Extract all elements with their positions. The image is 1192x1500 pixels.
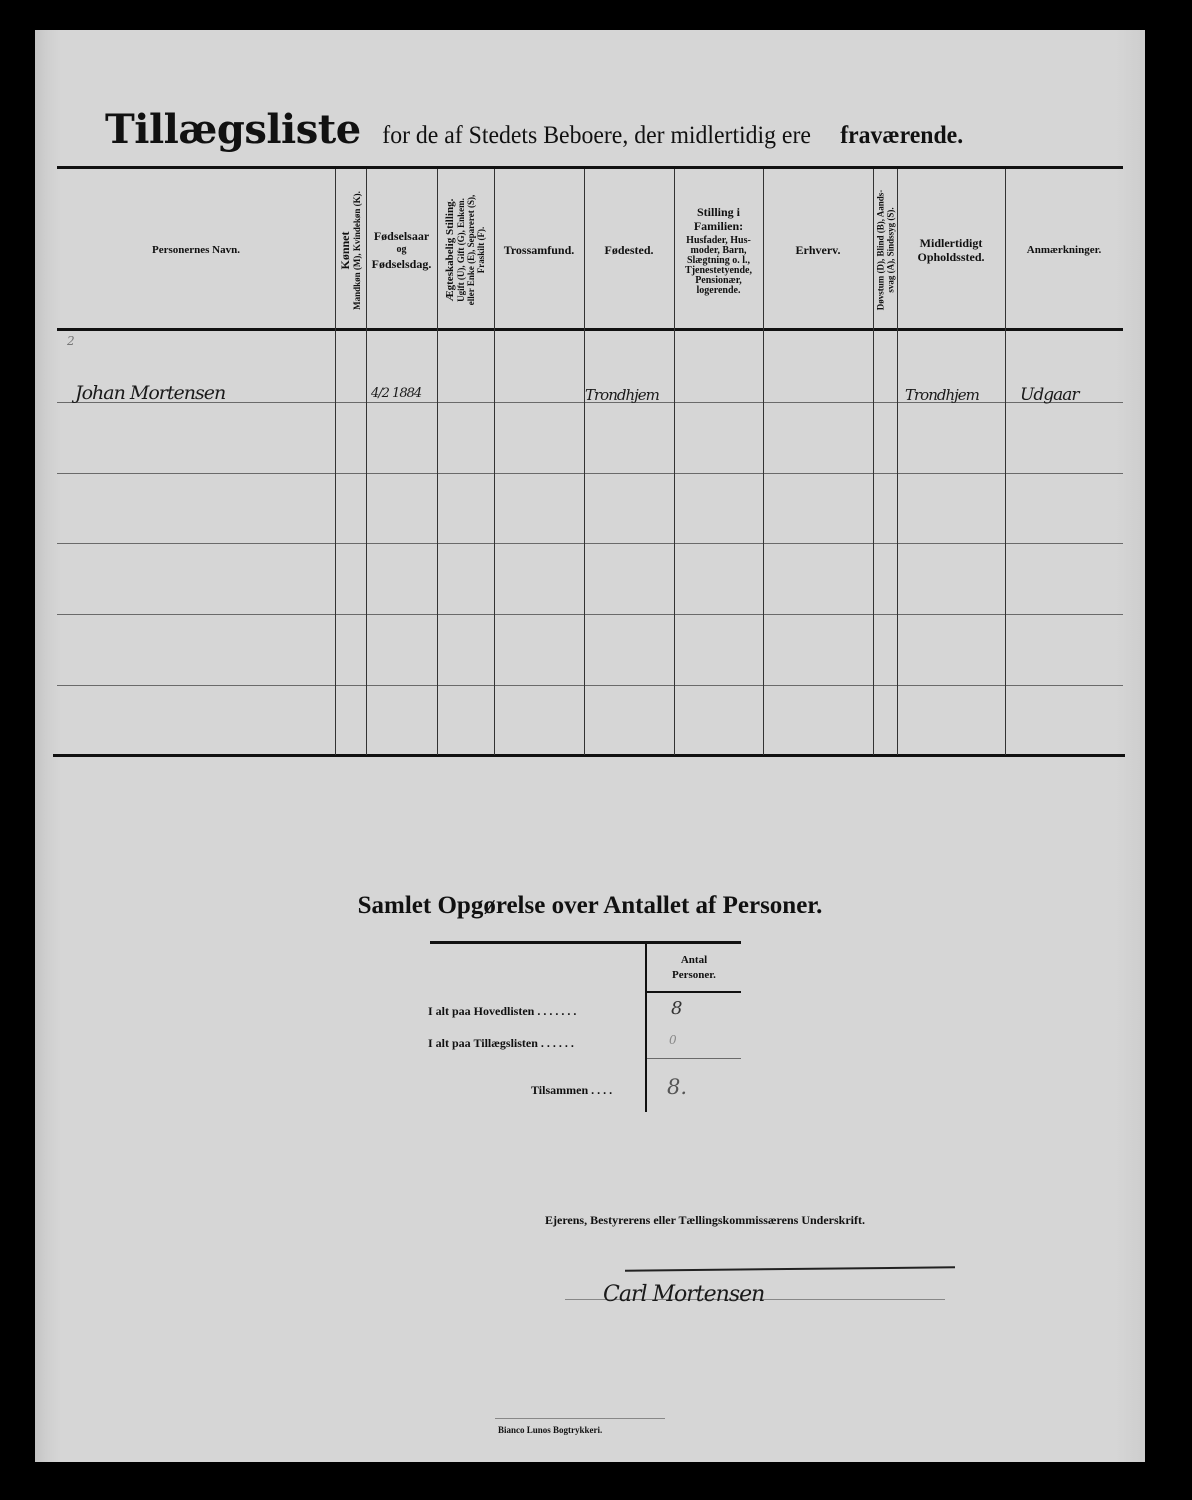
header-label: Midlertidigt: [920, 236, 983, 250]
header-rule: [57, 328, 1123, 331]
summary-value-hovedlisten: 8: [671, 998, 682, 1019]
header-sublabel: Husfader, Hus-: [686, 236, 751, 246]
row-line: [57, 614, 1123, 615]
signature-line-top: [625, 1266, 955, 1271]
summary-header-rule: [647, 991, 741, 993]
header-label: og: [397, 243, 407, 257]
summary-value-tilsammen: 8.: [667, 1075, 687, 1099]
signature-name: Carl Mortensen: [603, 1282, 764, 1307]
header-label: Døvstum (D), Blind (B), Aands-: [875, 190, 885, 311]
header-label: Stilling i: [697, 205, 740, 219]
header-sublabel: Fraskilt (F).: [477, 195, 487, 305]
summary-top-rule: [430, 941, 741, 944]
row-line: [57, 543, 1123, 544]
row-line: [57, 685, 1123, 686]
header-sublabel: eller Enke (E), Separeret (S),: [467, 195, 477, 305]
header-label: Fødested.: [605, 243, 654, 257]
table-bottom-rule: [53, 754, 1125, 757]
header-sublabel: svag (A), Sindssyg (S).: [885, 190, 895, 311]
header-label: Familien:: [694, 219, 743, 233]
title-main: Tillægsliste: [105, 106, 361, 153]
header-aegteskab: Ægteskabelig Stilling. Ugift (U), Gift (…: [437, 172, 494, 328]
form-title: Tillægslistefor de af Stedets Beboere, d…: [105, 106, 1105, 153]
summary-label-hovedlisten: I alt paa Hovedlisten . . . . . . .: [428, 1004, 576, 1019]
cell-navn: Johan Mortensen: [75, 382, 225, 404]
header-sublabel: logerende.: [697, 286, 741, 296]
header-anmaerkninger: Anmærkninger.: [1005, 172, 1123, 328]
summary-label-tillaegslisten: I alt paa Tillægslisten . . . . . .: [428, 1036, 574, 1051]
header-fodselsaar: Fødselsaar og Fødselsdag.: [366, 172, 437, 328]
signature-label: Ejerens, Bestyrerens eller Tællingskommi…: [545, 1213, 865, 1228]
header-label: Anmærkninger.: [1027, 243, 1101, 257]
summary-column-header: Antal Personer.: [647, 948, 741, 988]
header-label: Trossamfund.: [504, 243, 575, 257]
header-opholdssted: Midlertidigt Opholdssted.: [897, 172, 1005, 328]
top-rule: [57, 166, 1123, 169]
header-label: Ægteskabelig Stilling.: [445, 195, 457, 305]
header-label: Fødselsdag.: [372, 257, 432, 271]
header-label: Personer.: [672, 968, 716, 983]
header-label: Personernes Navn.: [152, 243, 240, 257]
header-sublabel: Ugift (U), Gift (G), Enkem.: [457, 195, 467, 305]
header-trossamfund: Trossamfund.: [494, 172, 584, 328]
header-sublabel: Tjenestetyende,: [685, 266, 752, 276]
margin-mark: 2: [67, 334, 74, 348]
header-label: Erhverv.: [796, 243, 841, 257]
header-sublabel: Pensionær,: [695, 276, 742, 286]
header-sublabel: moder, Barn,: [690, 246, 746, 256]
cell-anmaerkninger: Udgaar: [1020, 385, 1079, 405]
header-label: Opholdssted.: [917, 250, 984, 264]
cell-fodselsaar: 4/2 1884: [371, 386, 421, 401]
header-stilling: Stilling i Familien: Husfader, Hus- mode…: [674, 172, 763, 328]
row-line: [57, 473, 1123, 474]
header-personernes-navn: Personernes Navn.: [57, 172, 335, 328]
title-emphasis: fraværende.: [840, 122, 963, 150]
header-label: Kønnet: [339, 191, 352, 310]
header-label: Fødselsaar: [374, 229, 429, 243]
printer-rule: [495, 1418, 665, 1419]
header-sublabel: Mandkøn (M), Kvindekøn (K).: [352, 191, 362, 310]
header-sans: Døvstum (D), Blind (B), Aands- svag (A),…: [873, 172, 897, 328]
printer-imprint: Bianco Lunos Bogtrykkeri.: [498, 1425, 602, 1435]
cell-opholdssted: Trondhjem: [905, 386, 979, 404]
header-erhverv: Erhverv.: [763, 172, 873, 328]
header-fodested: Fødested.: [584, 172, 674, 328]
summary-value-tillaegslisten: 0: [669, 1033, 677, 1047]
title-subtitle: for de af Stedets Beboere, der midlertid…: [382, 122, 811, 150]
header-sublabel: Slægtning o. l.,: [687, 256, 750, 266]
census-form-page: Tillægslistefor de af Stedets Beboere, d…: [35, 30, 1145, 1462]
summary-label-tilsammen: Tilsammen . . . .: [531, 1083, 612, 1098]
summary-row-rule: [647, 1058, 741, 1059]
header-kjonn: Kønnet Mandkøn (M), Kvindekøn (K).: [335, 172, 366, 328]
cell-fodested: Trondhjem: [585, 386, 659, 404]
header-label: Antal: [681, 953, 707, 968]
summary-title: Samlet Opgørelse over Antallet af Person…: [300, 892, 880, 920]
